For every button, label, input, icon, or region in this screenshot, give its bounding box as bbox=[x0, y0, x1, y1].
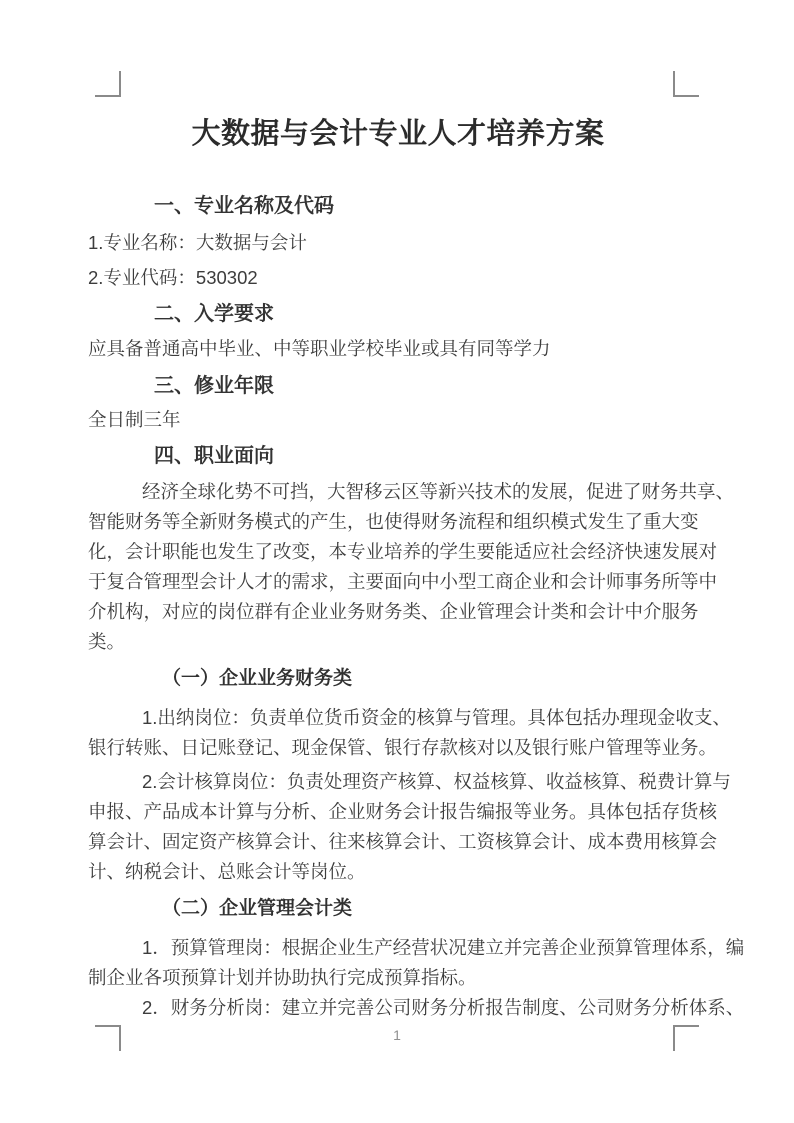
document-page: 大数据与会计专业人才培养方案 一、专业名称及代码 1.专业名称：大数据与会计 2… bbox=[0, 0, 794, 1123]
accounting-post-line: 计、纳税会计、总账会计等岗位。 bbox=[88, 857, 708, 887]
subsection-heading-1: （一）企业业务财务类 bbox=[88, 666, 708, 692]
cashier-post-line: 1.出纳岗位：负责单位货币资金的核算与管理。具体包括办理现金收支、 bbox=[88, 703, 708, 733]
cashier-post-line: 银行转账、日记账登记、现金保管、银行存款核对以及银行账户管理等业务。 bbox=[88, 733, 708, 763]
document-title: 大数据与会计专业人才培养方案 bbox=[88, 116, 708, 152]
intro-line: 于复合管理型会计人才的需求，主要面向中小型工商企业和会计师事务所等中 bbox=[88, 567, 708, 597]
analysis-post-line: 2．财务分析岗：建立并完善公司财务分析报告制度、公司财务分析体系、 bbox=[88, 993, 708, 1023]
budget-post-line: 1．预算管理岗：根据企业生产经营状况建立并完善企业预算管理体系，编 bbox=[88, 933, 708, 963]
accounting-post-line: 2.会计核算岗位：负责处理资产核算、权益核算、收益核算、税费计算与 bbox=[88, 767, 708, 797]
intro-line: 化，会计职能也发生了改变，本专业培养的学生要能适应社会经济快速发展对 bbox=[88, 537, 708, 567]
major-code-line: 2.专业代码：530302 bbox=[88, 263, 708, 293]
section-heading-2: 二、入学要求 bbox=[88, 300, 708, 328]
admission-requirement-line: 应具备普通高中毕业、中等职业学校毕业或具有同等学力 bbox=[88, 334, 708, 364]
study-duration-line: 全日制三年 bbox=[88, 405, 708, 435]
intro-line: 介机构，对应的岗位群有企业业务财务类、企业管理会计类和会计中介服务 bbox=[88, 597, 708, 627]
accounting-post-line: 申报、产品成本计算与分析、企业财务会计报告编报等业务。具体包括存货核 bbox=[88, 797, 708, 827]
intro-line: 类。 bbox=[88, 627, 708, 657]
section-heading-1: 一、专业名称及代码 bbox=[88, 192, 708, 220]
major-name-line: 1.专业名称：大数据与会计 bbox=[88, 228, 708, 258]
intro-line: 智能财务等全新财务模式的产生，也使得财务流程和组织模式发生了重大变 bbox=[88, 507, 708, 537]
budget-post-line: 制企业各项预算计划并协助执行完成预算指标。 bbox=[88, 963, 708, 993]
document-body: 大数据与会计专业人才培养方案 一、专业名称及代码 1.专业名称：大数据与会计 2… bbox=[88, 0, 708, 1023]
page-number: 1 bbox=[0, 1026, 794, 1044]
section-heading-3: 三、修业年限 bbox=[88, 372, 708, 400]
accounting-post-line: 算会计、固定资产核算会计、往来核算会计、工资核算会计、成本费用核算会 bbox=[88, 827, 708, 857]
intro-line: 经济全球化势不可挡，大智移云区等新兴技术的发展，促进了财务共享、 bbox=[88, 477, 708, 507]
subsection-heading-2: （二）企业管理会计类 bbox=[88, 896, 708, 922]
section-heading-4: 四、职业面向 bbox=[88, 442, 708, 470]
